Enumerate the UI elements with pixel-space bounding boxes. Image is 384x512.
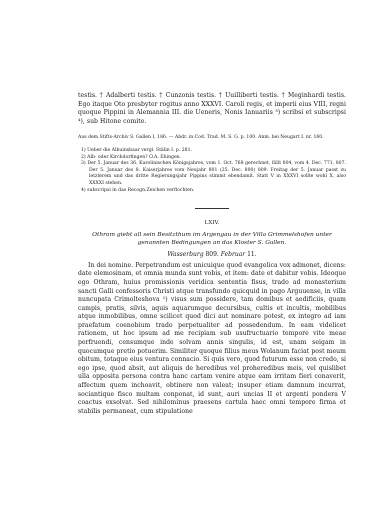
footnote-1: 1) Ueber die Albuinsbaar vergl. Stälin I… <box>78 148 346 155</box>
document-page: testis. † Adalberti testis. † Cunzonis t… <box>78 92 346 416</box>
charter-text-paragraph: In dei nomine. Perpetrandum est unicuiqu… <box>78 262 346 417</box>
dateline-month: Februar <box>221 251 245 258</box>
dateline-day: 11. <box>247 251 257 258</box>
charter-text: In dei nomine. Perpetrandum est unicuiqu… <box>78 262 346 415</box>
dateline: Wasserburg 809. Februar 11. <box>78 251 346 259</box>
dateline-year: 809. <box>205 251 218 258</box>
footnote-4: 4) subscripsi in das Recogn.Zeichen verf… <box>78 188 346 195</box>
document-summary: Othram giebt all sein Besitzthum im Arge… <box>78 231 346 248</box>
document-number: LXIV. <box>78 220 346 227</box>
witness-paragraph: testis. † Adalberti testis. † Cunzonis t… <box>78 92 346 126</box>
footnote-3: 3) Der 5. Januar des 36. Karolinischen K… <box>78 161 346 187</box>
footnote-list: 1) Ueber die Albuinsbaar vergl. Stälin I… <box>78 148 346 194</box>
source-citation: Aus dem Stifts-Archiv S. Gallen I, 186. … <box>78 135 346 142</box>
section-divider <box>195 208 229 209</box>
dateline-place: Wasserburg <box>167 251 203 258</box>
